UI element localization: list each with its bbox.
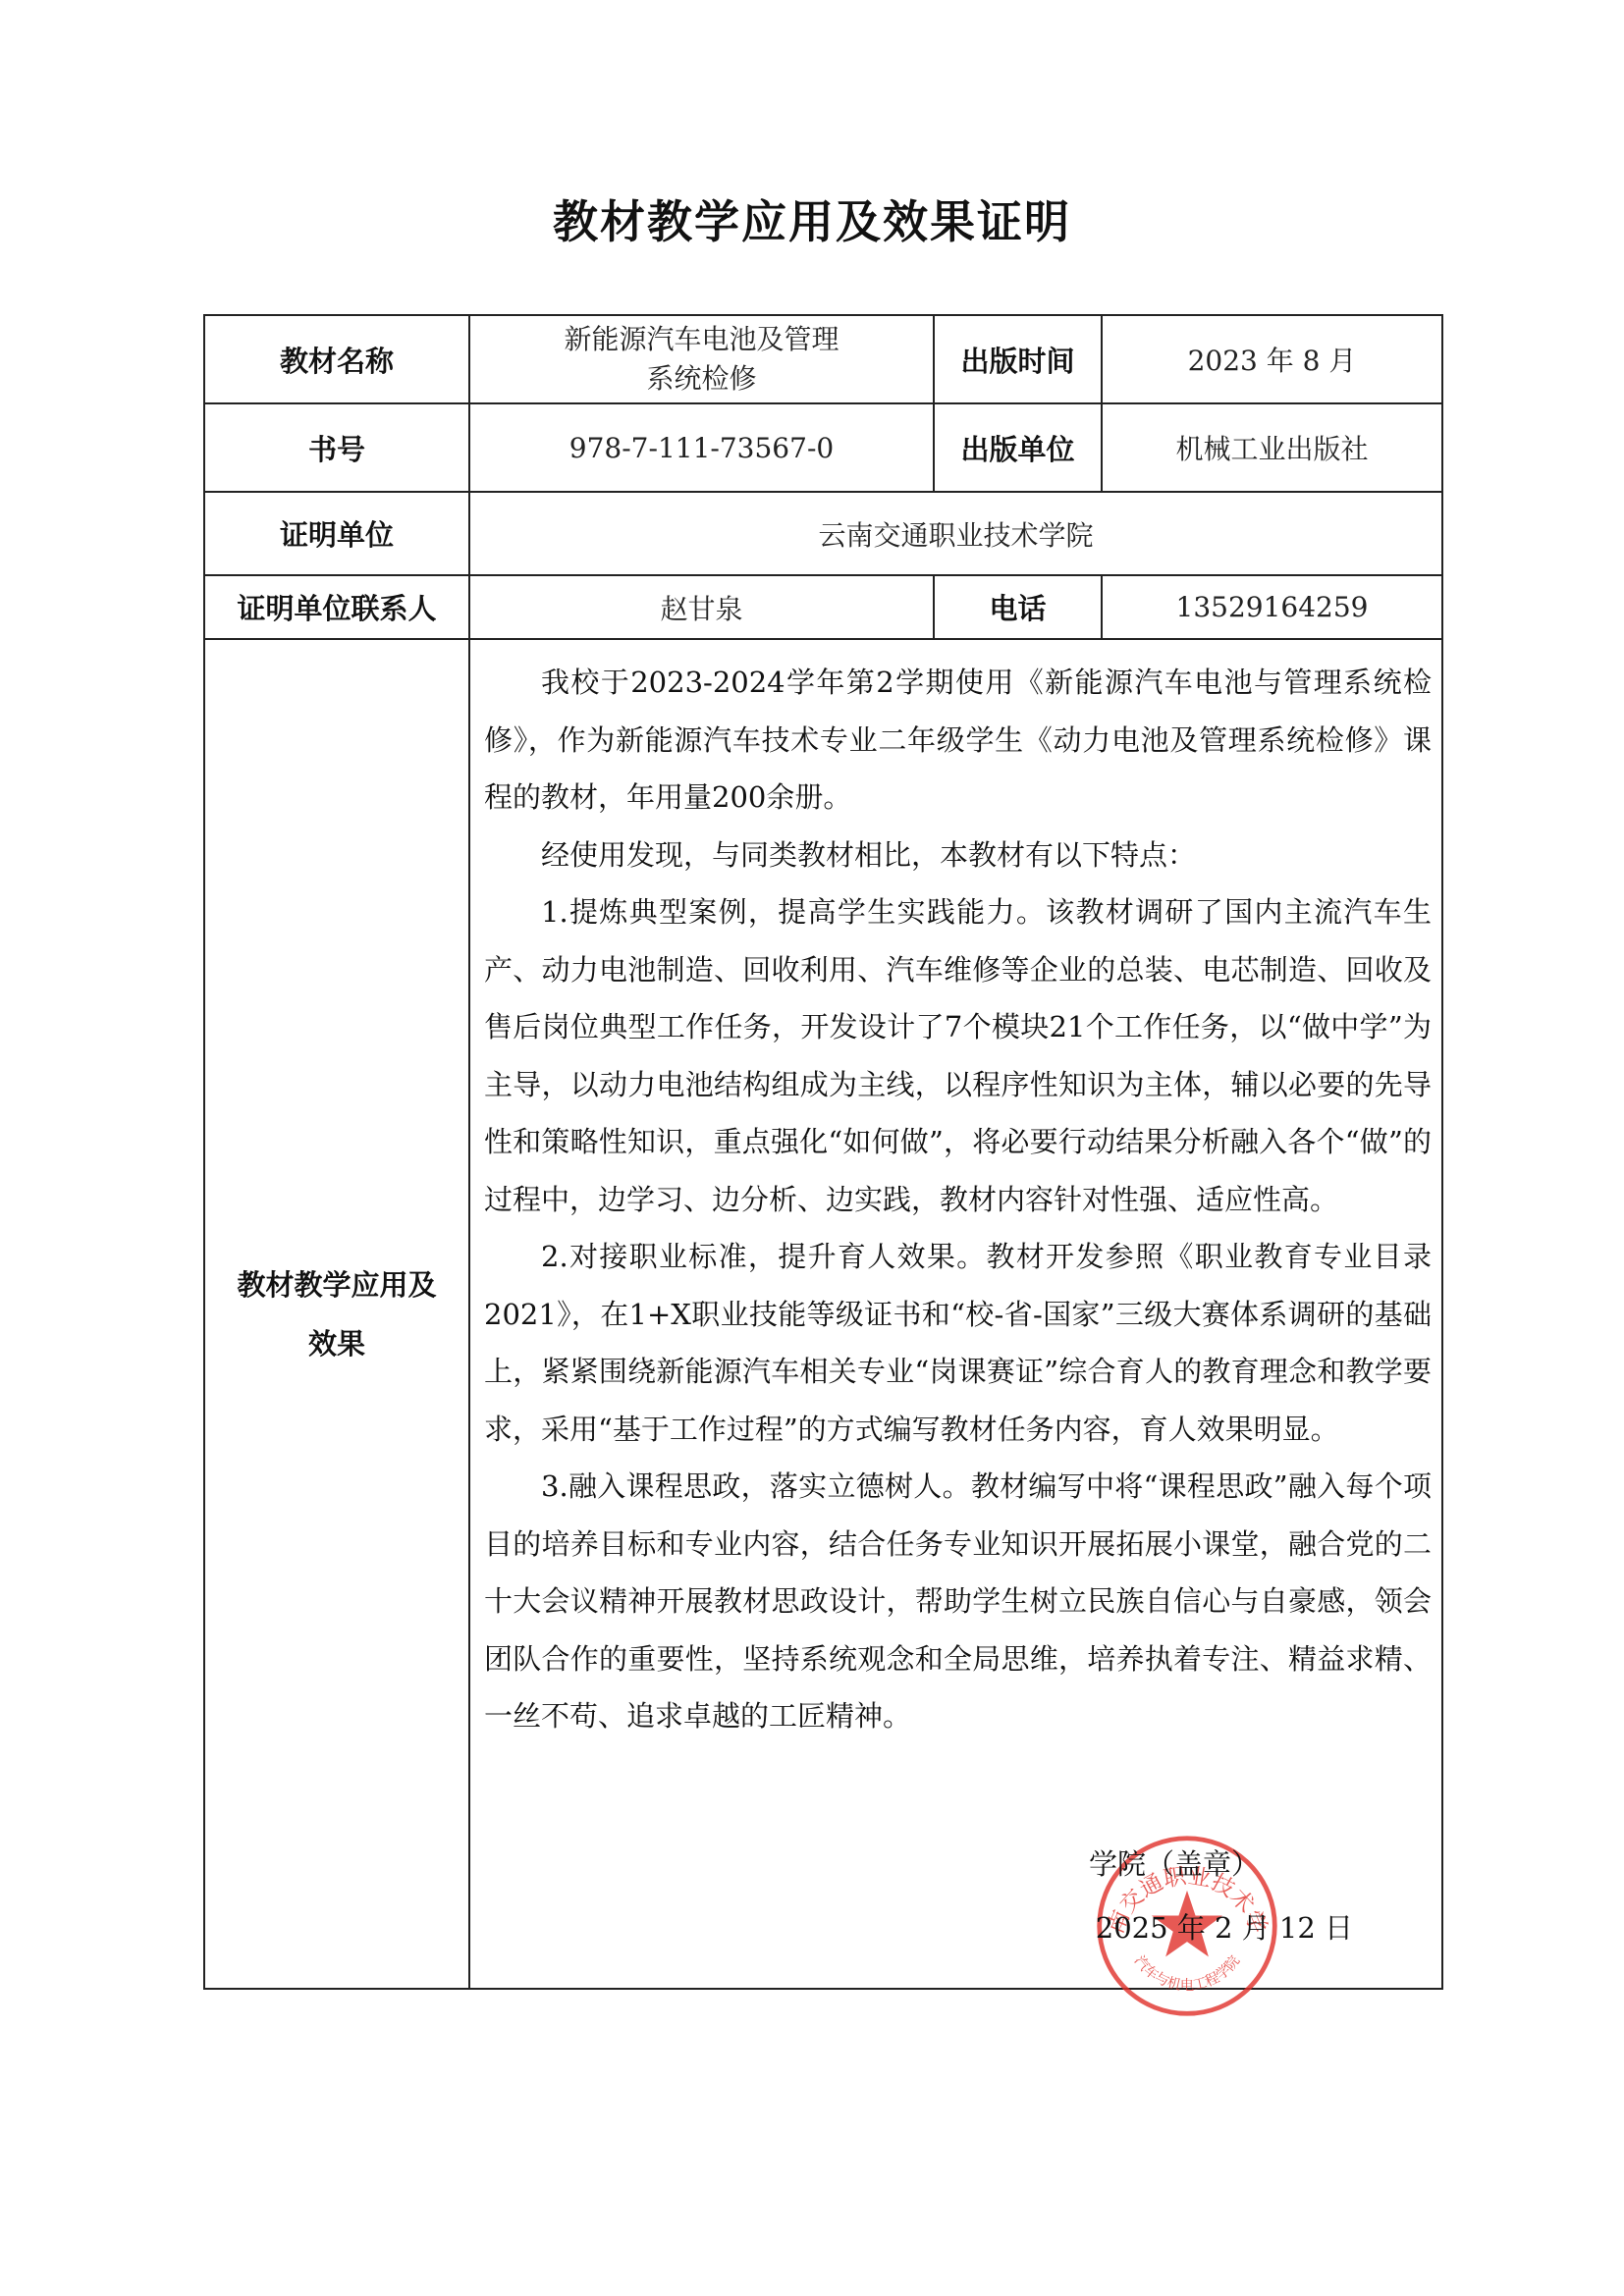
textbook-name-line1: 新能源汽车电池及管理 — [470, 320, 933, 359]
paragraph-feature-3: 3.融入课程思政，落实立德树人。教材编写中将“课程思政”融入每个项目的培养目标和… — [484, 1458, 1432, 1745]
isbn-label: 书号 — [204, 403, 469, 492]
textbook-name-value: 新能源汽车电池及管理 系统检修 — [469, 315, 934, 403]
paragraph-usage: 我校于2023-2024学年第2学期使用《新能源汽车电池与管理系统检修》，作为新… — [484, 654, 1432, 827]
certifier-value: 云南交通职业技术学院 — [469, 492, 1442, 575]
paragraph-feature-1: 1.提炼典型案例，提高学生实践能力。该教材调研了国内主流汽车生产、动力电池制造、… — [484, 883, 1432, 1228]
body-text: 我校于2023-2024学年第2学期使用《新能源汽车电池与管理系统检修》，作为新… — [470, 640, 1441, 1745]
paragraph-intro: 经使用发现，与同类教材相比，本教材有以下特点： — [484, 827, 1432, 884]
publisher-label: 出版单位 — [934, 403, 1102, 492]
phone-value: 13529164259 — [1102, 575, 1442, 639]
phone-label: 电话 — [934, 575, 1102, 639]
page-title: 教材教学应用及效果证明 — [0, 187, 1624, 251]
pub-date-label: 出版时间 — [934, 315, 1102, 403]
signature-label: 学院（盖章） — [1089, 1842, 1260, 1883]
row-textbook-name: 教材名称 新能源汽车电池及管理 系统检修 出版时间 2023 年 8 月 — [204, 315, 1442, 403]
seal-inner-text: 汽车与机电工程学院 — [1131, 1952, 1243, 1994]
row-application-effect: 教材教学应用及 效果 我校于2023-2024学年第2学期使用《新能源汽车电池与… — [204, 639, 1442, 1989]
textbook-name-line2: 系统检修 — [470, 359, 933, 399]
publisher-value: 机械工业出版社 — [1102, 403, 1442, 492]
row-contact: 证明单位联系人 赵甘泉 电话 13529164259 — [204, 575, 1442, 639]
contact-value: 赵甘泉 — [469, 575, 934, 639]
contact-label: 证明单位联系人 — [204, 575, 469, 639]
certification-form-table: 教材名称 新能源汽车电池及管理 系统检修 出版时间 2023 年 8 月 书号 … — [203, 314, 1443, 1990]
row-certifier: 证明单位 云南交通职业技术学院 — [204, 492, 1442, 575]
application-effect-label: 教材教学应用及 效果 — [204, 639, 469, 1989]
certifier-label: 证明单位 — [204, 492, 469, 575]
application-effect-content: 我校于2023-2024学年第2学期使用《新能源汽车电池与管理系统检修》，作为新… — [469, 639, 1442, 1989]
isbn-value: 978-7-111-73567-0 — [469, 403, 934, 492]
paragraph-feature-2: 2.对接职业标准，提升育人效果。教材开发参照《职业教育专业目录2021》，在1+… — [484, 1228, 1432, 1458]
row-isbn: 书号 978-7-111-73567-0 出版单位 机械工业出版社 — [204, 403, 1442, 492]
signature-date: 2025 年 2 月 12 日 — [1096, 1906, 1353, 1947]
textbook-name-label: 教材名称 — [204, 315, 469, 403]
application-effect-label-line1: 教材教学应用及 — [205, 1255, 468, 1314]
pub-date-value: 2023 年 8 月 — [1102, 315, 1442, 403]
svg-text:汽车与机电工程学院: 汽车与机电工程学院 — [1131, 1952, 1243, 1994]
application-effect-label-line2: 效果 — [205, 1314, 468, 1373]
